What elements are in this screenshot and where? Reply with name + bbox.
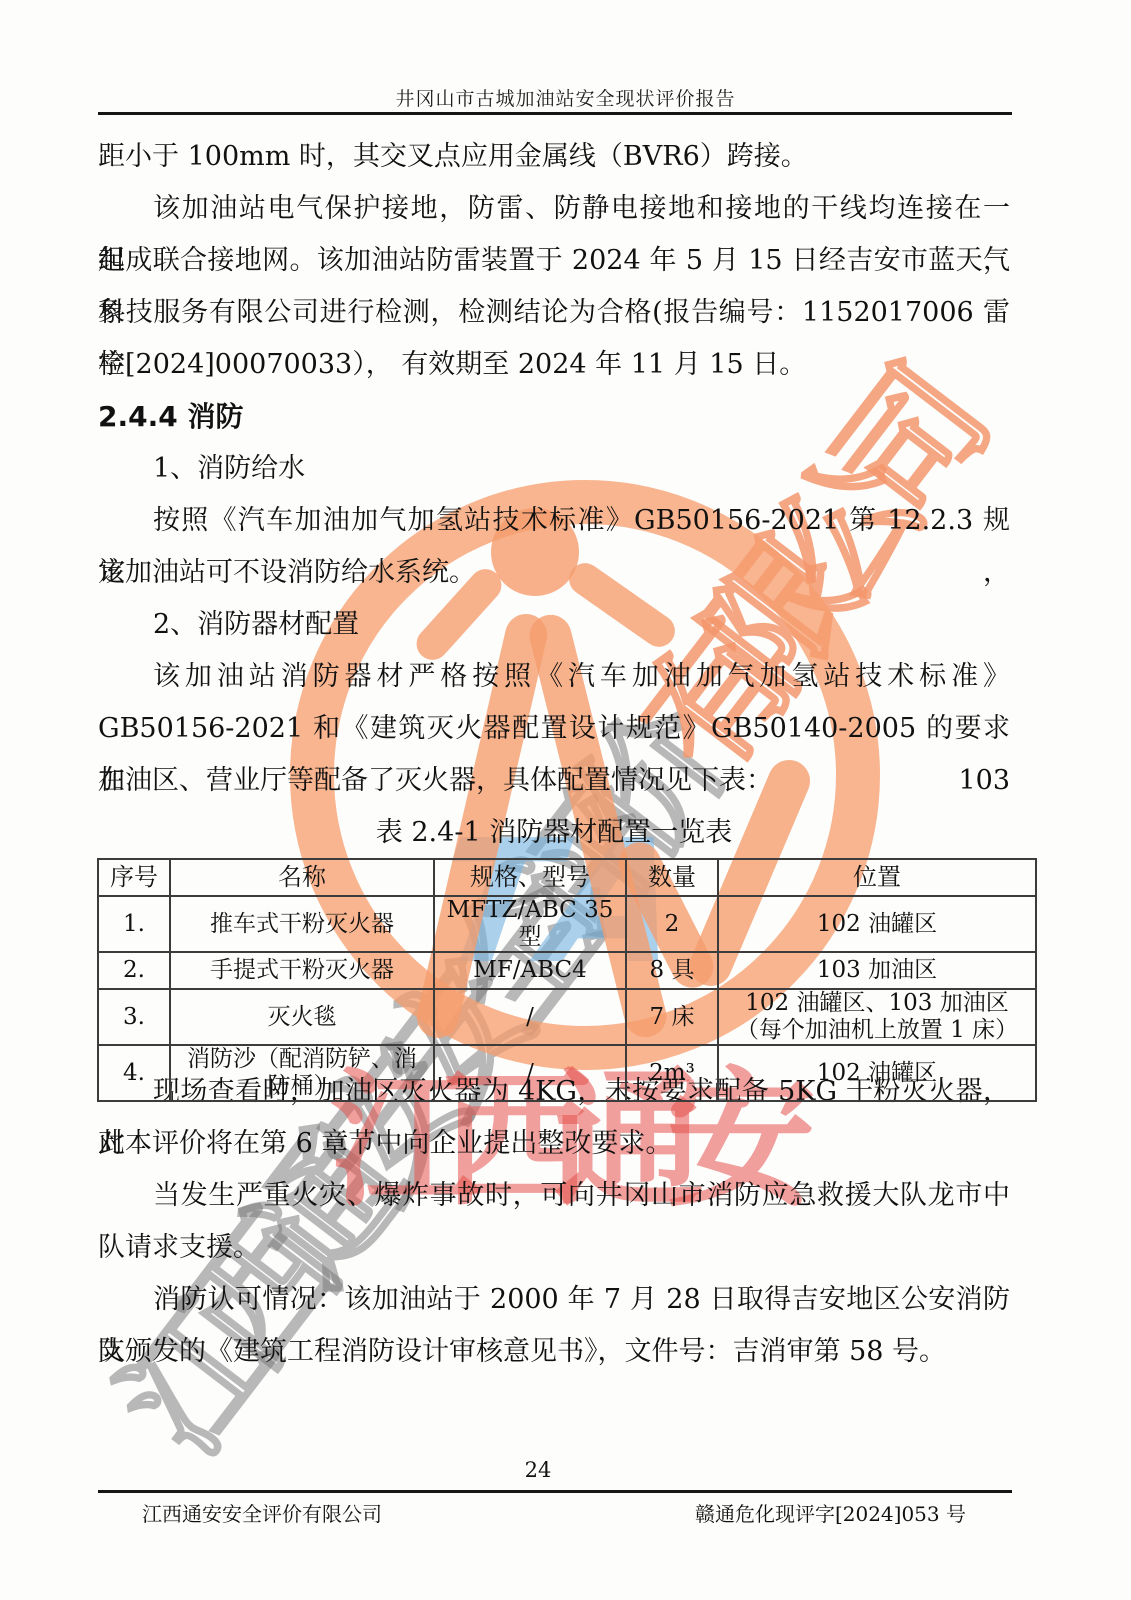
page-number: 24	[98, 1458, 978, 1482]
body-text-block-2: 现场查看时，加油区灭火器为 4KG，未按要求配备 5KG 干粉灭火器，对 此本评…	[98, 1066, 1010, 1378]
page-footer: 江西通安安全评价有限公司 赣通危化现评字[2024]053 号	[98, 1499, 1012, 1529]
footer-doc-code: 赣通危化现评字[2024]053 号	[695, 1499, 1012, 1529]
cell-name: 推车式干粉灭火器	[170, 896, 434, 952]
cell-index: 3.	[98, 989, 170, 1045]
body-line: 距小于 100mm 时，其交叉点应用金属线（BVR6）跨接。	[98, 131, 1010, 183]
cell-name: 消防沙（配消防铲、消防桶）	[170, 1045, 434, 1101]
cell-location: 103 加油区	[718, 952, 1036, 989]
footer-company: 江西通安安全评价有限公司	[98, 1499, 382, 1529]
body-text-block-1: 距小于 100mm 时，其交叉点应用金属线（BVR6）跨接。 该加油站电气保护接…	[98, 131, 1010, 859]
body-line: GB50156-2021 和《建筑灭火器配置设计规范》GB50140-2005 …	[98, 703, 1010, 755]
cell-location: 102 油罐区、103 加油区（每个加油机上放置 1 床）	[718, 989, 1036, 1045]
body-line: 科技服务有限公司进行检测，检测结论为合格(报告编号：1152017006 雷检	[98, 287, 1010, 339]
body-line: 该加油站消防器材严格按照《汽车加油加气加氢站技术标准》	[98, 651, 1010, 703]
cell-location: 102 油罐区	[718, 1045, 1036, 1101]
cell-index: 4.	[98, 1045, 170, 1101]
cell-index: 2.	[98, 952, 170, 989]
body-line: 该加油站电气保护接地，防雷、防静电接地和接地的干线均连接在一起，	[98, 183, 1010, 235]
cell-spec: /	[434, 1045, 626, 1101]
col-header: 名称	[170, 859, 434, 896]
table-caption: 表 2.4-1 消防器材配置一览表	[98, 807, 1010, 859]
cell-spec: MFTZ/ABC 35 型	[434, 896, 626, 952]
body-line: 字[2024]00070033）， 有效期至 2024 年 11 月 15 日。	[98, 339, 1010, 391]
page-header-title: 井冈山市古城加油站安全现状评价报告	[0, 84, 1131, 111]
col-header: 序号	[98, 859, 170, 896]
body-line: 按照《汽车加油加气加氢站技术标准》GB50156-2021 第 12.2.3 规…	[98, 495, 1010, 547]
table-row: 4. 消防沙（配消防铲、消防桶） / 2m³ 102 油罐区	[98, 1045, 1036, 1101]
body-line: 队颁发的《建筑工程消防设计审核意见书》，文件号：吉消审第 58 号。	[98, 1326, 1010, 1378]
cell-quantity: 7 床	[626, 989, 718, 1045]
header-rule	[98, 112, 1012, 115]
col-header: 位置	[718, 859, 1036, 896]
body-line: 消防认可情况：该加油站于 2000 年 7 月 28 日取得吉安地区公安消防支	[98, 1274, 1010, 1326]
cell-quantity: 2m³	[626, 1045, 718, 1101]
cell-quantity: 2	[626, 896, 718, 952]
table-row: 2. 手提式干粉灭火器 MF/ABC4 8 具 103 加油区	[98, 952, 1036, 989]
body-line: 队请求支援。	[98, 1222, 1010, 1274]
cell-name: 手提式干粉灭火器	[170, 952, 434, 989]
body-line: 1、消防给水	[98, 443, 1010, 495]
table-header-row: 序号 名称 规格、型号 数量 位置	[98, 859, 1036, 896]
table-row: 3. 灭火毯 / 7 床 102 油罐区、103 加油区（每个加油机上放置 1 …	[98, 989, 1036, 1045]
col-header: 数量	[626, 859, 718, 896]
body-line: 当发生严重火灾、爆炸事故时，可向井冈山市消防应急救援大队龙市中	[98, 1170, 1010, 1222]
body-line: 组成联合接地网。该加油站防雷装置于 2024 年 5 月 15 日经吉安市蓝天气…	[98, 235, 1010, 287]
cell-location: 102 油罐区	[718, 896, 1036, 952]
body-line: 2、消防器材配置	[98, 599, 1010, 651]
cell-name: 灭火毯	[170, 989, 434, 1045]
page-content: 井冈山市古城加油站安全现状评价报告 距小于 100mm 时，其交叉点应用金属线（…	[0, 0, 1131, 1600]
body-line: 此本评价将在第 6 章节中向企业提出整改要求。	[98, 1118, 1010, 1170]
cell-quantity: 8 具	[626, 952, 718, 989]
fire-equipment-table: 序号 名称 规格、型号 数量 位置 1. 推车式干粉灭火器 MFTZ/ABC 3…	[97, 858, 1037, 1102]
col-header: 规格、型号	[434, 859, 626, 896]
document-page: 江西通安安全评价有限公司 TA 江西通安 井冈山市古城加油站安全现状评价报告 距…	[0, 0, 1131, 1600]
cell-spec: /	[434, 989, 626, 1045]
footer-rule	[98, 1490, 1012, 1493]
cell-spec: MF/ABC4	[434, 952, 626, 989]
cell-index: 1.	[98, 896, 170, 952]
section-heading: 2.4.4 消防	[98, 391, 1010, 443]
table-row: 1. 推车式干粉灭火器 MFTZ/ABC 35 型 2 102 油罐区	[98, 896, 1036, 952]
